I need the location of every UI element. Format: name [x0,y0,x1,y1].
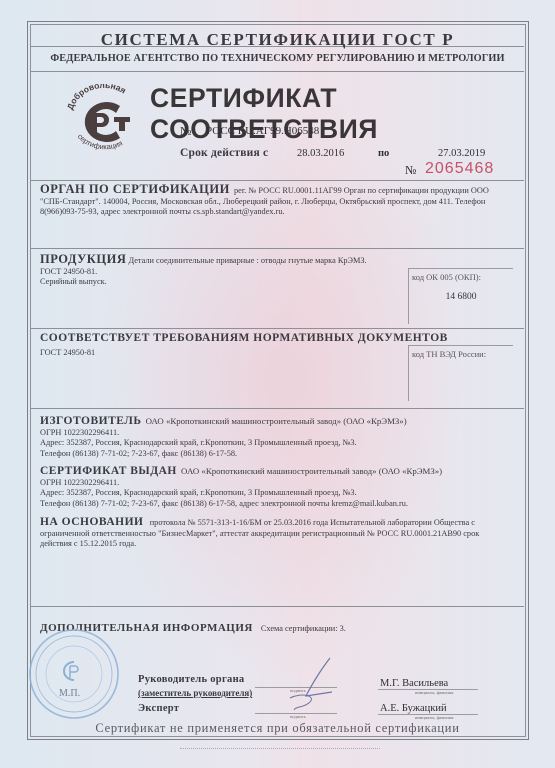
okp-code-label: код ОК 005 (ОКП): [409,269,513,282]
system-title: СИСТЕМА СЕРТИФИКАЦИИ ГОСТ Р [0,30,555,50]
expert-name: А.Е. Бужацкий [380,703,447,714]
manufacturer-heading: ИЗГОТОВИТЕЛЬ [40,415,141,427]
certificate-number: РОСС RU.АГ99.Н06548 [206,125,319,137]
additional-info-text: Схема сертификации: 3. [261,624,346,633]
valid-to-date: 27.03.2019 [438,148,485,159]
conformity-standard: ГОСТ 24950-81 [40,348,95,359]
deputy-label: (заместитель руководителя) [138,688,252,698]
divider [31,328,524,329]
serial-number: 2065468 [425,160,494,178]
issued-to-ogrn: ОГРН 1022302296411. [40,478,510,489]
tnved-code-label: код ТН ВЭД России: [409,346,513,359]
product-section: ПРОДУКЦИЯ Детали соединительные приварны… [40,254,370,288]
name-caption: инициалы, фамилия [415,690,454,695]
name-caption: инициалы, фамилия [415,715,454,720]
head-of-body-label: Руководитель органа [138,674,244,685]
printer-imprint [180,748,380,751]
certification-body-heading: ОРГАН ПО СЕРТИФИКАЦИИ [40,182,230,196]
official-stamp-icon [28,628,120,720]
divider [31,408,524,409]
divider [31,248,524,249]
okp-code-box: код ОК 005 (ОКП): 14 6800 [408,268,513,324]
divider [31,606,524,607]
issued-to-phone: Телефон (86138) 7-71-02; 7-23-67, факс (… [40,499,510,510]
issued-to-heading: СЕРТИФИКАТ ВЫДАН [40,465,177,477]
agency-name: ФЕДЕРАЛЬНОЕ АГЕНТСТВО ПО ТЕХНИЧЕСКОМУ РЕ… [0,53,555,64]
conformity-heading: СООТВЕТСТВУЕТ ТРЕБОВАНИЯМ НОРМАТИВНЫХ ДО… [40,332,448,344]
issued-to-section: СЕРТИФИКАТ ВЫДАН ОАО «Кропоткинский маши… [40,466,510,509]
manufacturer-name: ОАО «Кропоткинский машиностроительный за… [146,416,407,426]
manufacturer-ogrn: ОГРН 1022302296411. [40,428,510,439]
basis-heading: НА ОСНОВАНИИ [40,516,144,528]
divider [31,71,524,72]
serial-number-label: № [405,163,416,178]
head-name: М.Г. Васильева [380,678,448,689]
certification-body-section: ОРГАН ПО СЕРТИФИКАЦИИ рег. № РОСС RU.000… [40,184,510,218]
issued-to-name: ОАО «Кропоткинский машиностроительный за… [181,466,442,476]
manufacturer-phone: Телефон (86138) 7-71-02; 7-23-67, факс (… [40,449,510,460]
expert-label: Эксперт [138,703,179,714]
manufacturer-address: Адрес: 352387, Россия, Краснодарский кра… [40,438,510,449]
okp-code-value: 14 6800 [409,292,513,302]
tnved-code-box: код ТН ВЭД России: [408,345,513,401]
product-text: Детали соединительные приварные : отводы… [128,256,366,265]
divider [31,180,524,181]
manufacturer-section: ИЗГОТОВИТЕЛЬ ОАО «Кропоткинский машиност… [40,416,510,459]
issued-to-address: Адрес: 352387, Россия, Краснодарский кра… [40,488,510,499]
footer-note: Сертификат не применяется при обязательн… [0,721,555,736]
basis-section: НА ОСНОВАНИИ протокола № 5571-313-1-16/Б… [40,517,510,550]
product-production-type: Серийный выпуск. [40,277,370,288]
validity-label: Срок действия с [180,147,268,159]
certificate-number-label: № [180,124,191,139]
product-standard: ГОСТ 24950-81. [40,267,370,278]
rst-logo-icon: Добровольная сертификация [64,84,144,156]
valid-to-label: по [378,148,389,159]
product-heading: ПРОДУКЦИЯ [40,252,126,266]
valid-from-date: 28.03.2016 [297,148,344,159]
signature-caption: подпись [290,714,306,719]
stamp-label: М.П. [59,688,80,699]
handwritten-signature [282,656,342,716]
